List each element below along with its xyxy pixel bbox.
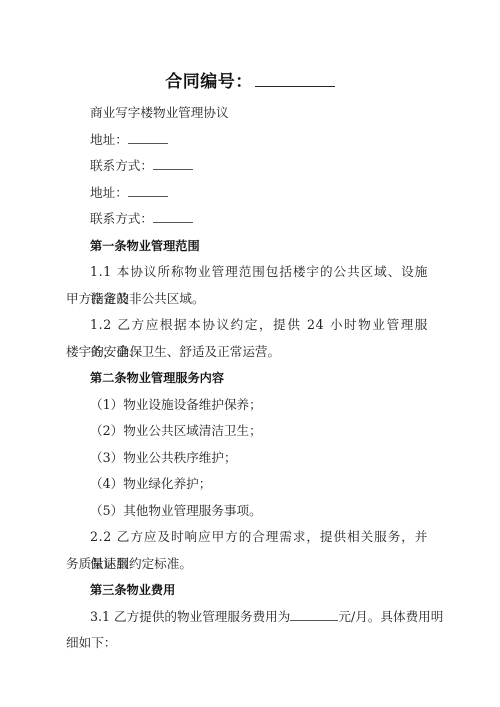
service-item-2: （2）物业公共区域清洁卫生； <box>66 418 428 445</box>
contract-number-blank <box>255 68 335 87</box>
document-page: 合同编号： 商业写字楼物业管理协议 地址： 联系方式： 地址： 联系方式： 第一… <box>0 0 500 707</box>
party-b-address-label: 地址： <box>90 185 128 200</box>
contract-number-label: 合同编号： <box>165 72 253 92</box>
clause-3-1-line-2: 细如下： <box>66 630 428 657</box>
service-item-1: （1）物业设施设备维护保养； <box>66 392 428 419</box>
service-item-5: （5）其他物业管理服务事项。 <box>66 498 428 525</box>
fee-prefix: 3.1 乙方提供的物业管理服务费用为 <box>90 609 290 624</box>
fee-suffix: 元/月。具体费用明 <box>338 609 443 624</box>
section-1-heading: 第一条物业管理范围 <box>66 233 428 260</box>
party-b-address: 地址： <box>66 180 428 207</box>
clause-1-1-line-1: 1.1 本协议所称物业管理范围包括楼宇的公共区域、设施设备及 <box>66 259 428 286</box>
service-item-4: （4）物业绿化养护； <box>66 471 428 498</box>
section-3-heading: 第三条物业费用 <box>66 577 428 604</box>
fee-amount-blank <box>290 607 338 621</box>
party-a-address-label: 地址： <box>90 132 128 147</box>
section-2-heading: 第二条物业管理服务内容 <box>66 365 428 392</box>
clause-3-1-line-1: 3.1 乙方提供的物业管理服务费用为元/月。具体费用明 <box>66 604 428 631</box>
party-a-address: 地址： <box>66 127 428 154</box>
party-a-contact: 联系方式： <box>66 153 428 180</box>
agreement-name: 商业写字楼物业管理协议 <box>66 100 428 127</box>
clause-2-2-line-2: 务质量达到约定标准。 <box>66 551 428 578</box>
clause-1-2-line-2: 楼宇的安全、卫生、舒适及正常运营。 <box>66 339 428 366</box>
service-item-3: （3）物业公共秩序维护； <box>66 445 428 472</box>
party-b-contact: 联系方式： <box>66 206 428 233</box>
clause-2-2-line-1: 2.2 乙方应及时响应甲方的合理需求，提供相关服务，并保证服 <box>66 524 428 551</box>
clause-1-1-line-2: 甲方指定的非公共区域。 <box>66 286 428 313</box>
clause-1-2-line-1: 1.2 乙方应根据本协议约定，提供 24 小时物业管理服务，确保 <box>66 312 428 339</box>
contract-number-title: 合同编号： <box>0 68 500 95</box>
party-a-contact-label: 联系方式： <box>90 158 153 173</box>
party-b-address-blank <box>128 183 168 197</box>
document-body: 商业写字楼物业管理协议 地址： 联系方式： 地址： 联系方式： 第一条物业管理范… <box>66 100 428 657</box>
party-b-contact-blank <box>153 209 193 223</box>
party-b-contact-label: 联系方式： <box>90 211 153 226</box>
party-a-address-blank <box>128 130 168 144</box>
party-a-contact-blank <box>153 156 193 170</box>
